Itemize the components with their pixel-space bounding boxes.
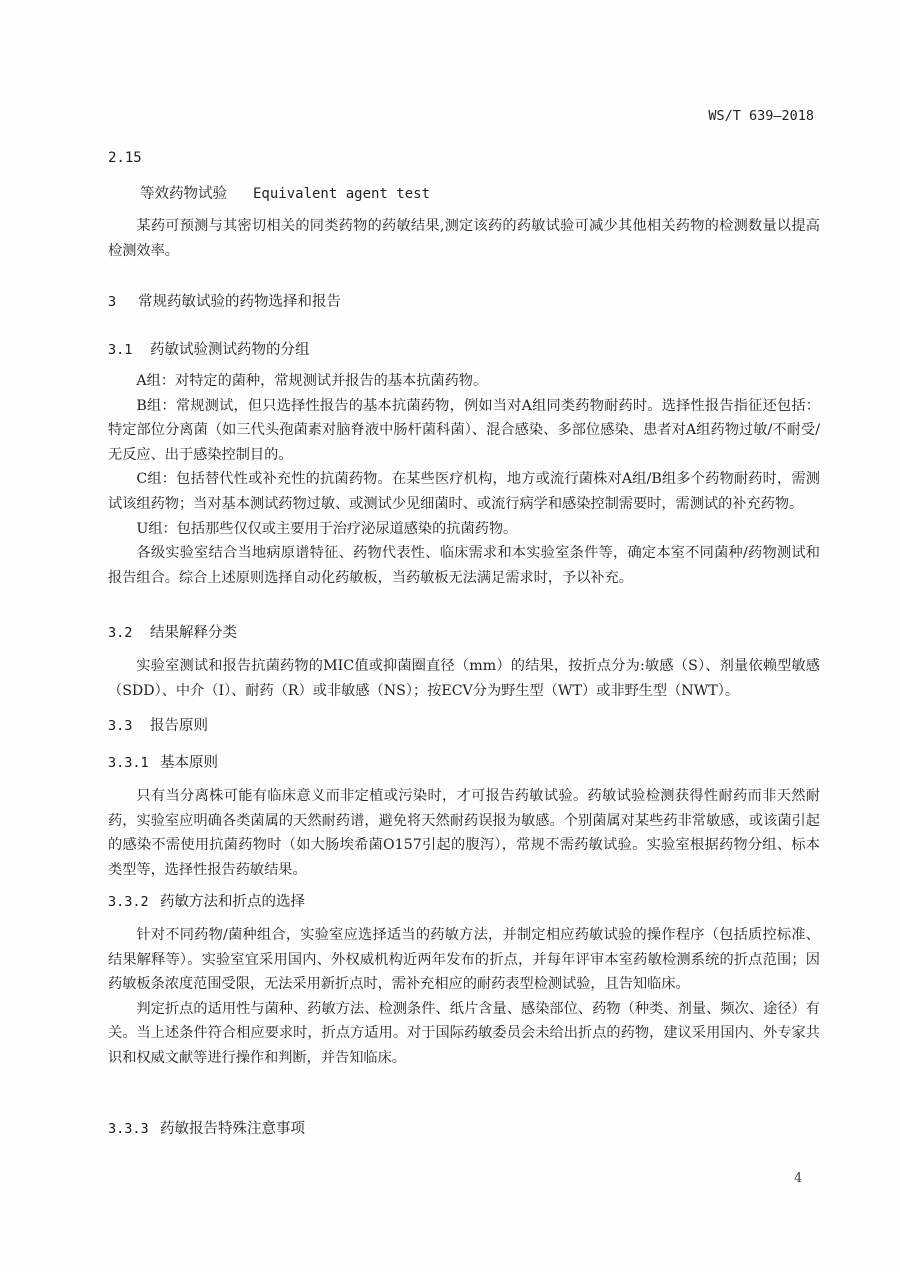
section-3-3-2-body: 针对不同药物/菌种组合，实验室应选择适当的药敏方法，并制定相应药敏试验的操作程序… (108, 923, 820, 1071)
paragraph-interpretation: 实验室测试和报告抗菌药物的MIC值或抑菌圈直径（mm）的结果，按折点分为:敏感（… (108, 654, 820, 703)
paragraph-group-a: A组：对特定的菌种，常规测试并报告的基本抗菌药物。 (108, 369, 820, 394)
section-3-1-heading: 3.1药敏试验测试药物的分组 (108, 338, 820, 359)
section-3-heading: 3常规药敏试验的药物选择和报告 (108, 290, 820, 311)
paragraph-lab-combination: 各级实验室结合当地病原谱特征、药物代表性、临床需求和本实验室条件等，确定本室不同… (108, 541, 820, 590)
paragraph-method-selection: 针对不同药物/菌种组合，实验室应选择适当的药敏方法，并制定相应药敏试验的操作程序… (108, 923, 820, 997)
section-number: 3.3 (108, 718, 150, 734)
section-3-3-3-heading: 3.3.3药敏报告特殊注意事项 (108, 1117, 820, 1138)
section-number: 3.2 (108, 625, 150, 641)
section-number: 3.3.1 (108, 755, 160, 771)
section-3-2-heading: 3.2结果解释分类 (108, 621, 820, 642)
term-chinese: 等效药物试验 (140, 186, 227, 202)
section-3-3-heading: 3.3报告原则 (108, 714, 820, 735)
section-title: 药敏试验测试药物的分组 (150, 342, 310, 358)
section-title: 常规药敏试验的药物选择和报告 (138, 294, 341, 310)
section-number: 3.3.3 (108, 1121, 160, 1137)
section-3-3-1-heading: 3.3.1基本原则 (108, 751, 820, 772)
section-title: 报告原则 (150, 718, 208, 734)
paragraph-group-c: C组：包括替代性或补充性的抗菌药物。在某些医疗机构，地方或流行菌株对A组/B组多… (108, 467, 820, 516)
paragraph-basic-principle: 只有当分离株可能有临床意义而非定植或污染时，才可报告药敏试验。药敏试验检测获得性… (108, 784, 820, 882)
standard-number: WS/T 639—2018 (708, 108, 814, 124)
term-english: Equivalent agent test (253, 186, 430, 202)
section-title: 药敏报告特殊注意事项 (160, 1121, 305, 1137)
section-3-2-body: 实验室测试和报告抗菌药物的MIC值或抑菌圈直径（mm）的结果，按折点分为:敏感（… (108, 654, 820, 703)
section-number: 3.3.2 (108, 894, 160, 910)
section-number: 3.1 (108, 342, 150, 358)
term-definition: 某药可预测与其密切相关的同类药物的药敏结果,测定该药的药敏试验可减少其他相关药物… (108, 214, 820, 263)
section-number: 3 (108, 294, 138, 310)
section-title: 基本原则 (160, 755, 218, 771)
section-3-3-2-heading: 3.3.2药敏方法和折点的选择 (108, 890, 820, 911)
paragraph-group-b: B组：常规测试，但只选择性报告的基本抗菌药物，例如当对A组同类药物耐药时。选择性… (108, 394, 820, 468)
page-number: 4 (794, 1171, 802, 1186)
section-title: 药敏方法和折点的选择 (160, 894, 305, 910)
paragraph-breakpoint-applicability: 判定折点的适用性与菌种、药敏方法、检测条件、纸片含量、感染部位、药物（种类、剂量… (108, 997, 820, 1071)
section-3-3-1-body: 只有当分离株可能有临床意义而非定植或污染时，才可报告药敏试验。药敏试验检测获得性… (108, 784, 820, 882)
paragraph-group-u: U组：包括那些仅仅或主要用于治疗泌尿道感染的抗菌药物。 (108, 517, 820, 542)
document-page: WS/T 639—2018 2.15 等效药物试验Equivalent agen… (0, 0, 900, 1272)
term-number: 2.15 (108, 150, 820, 166)
section-title: 结果解释分类 (150, 625, 237, 641)
term-heading: 等效药物试验Equivalent agent test (140, 182, 852, 203)
section-3-1-body: A组：对特定的菌种，常规测试并报告的基本抗菌药物。 B组：常规测试，但只选择性报… (108, 369, 820, 590)
